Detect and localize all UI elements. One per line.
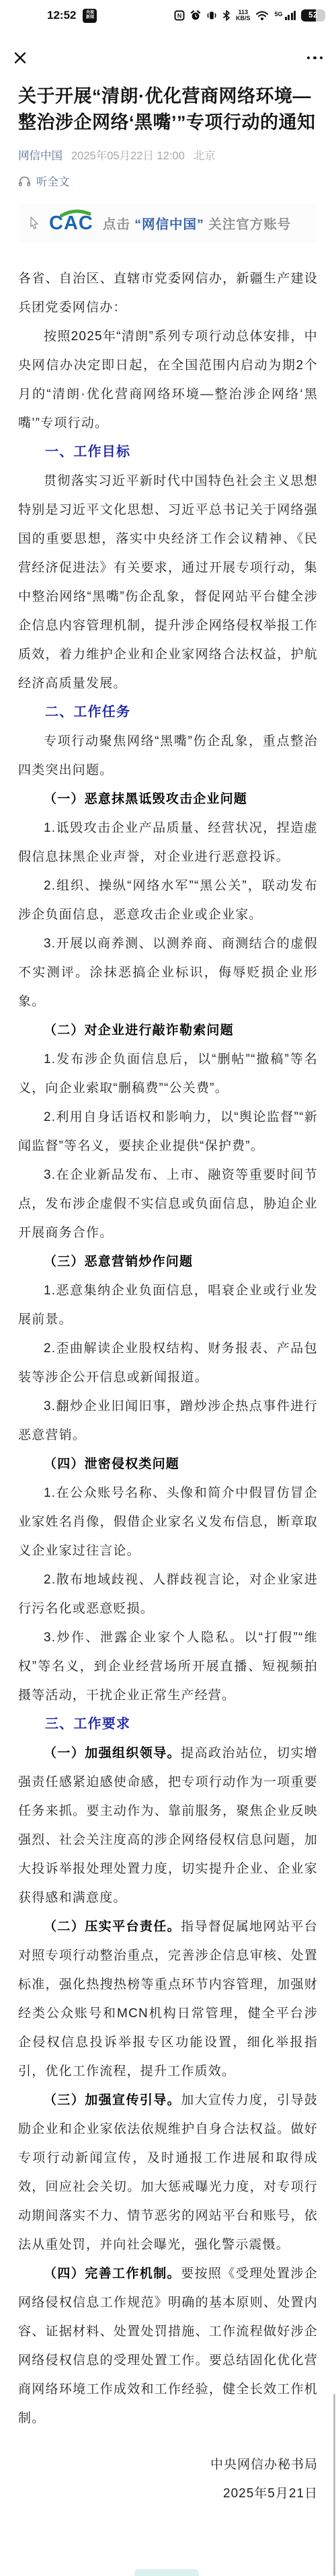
listen-button[interactable]: 听全文 [18, 173, 318, 189]
section-heading: 二、工作任务 [18, 698, 318, 727]
paragraph: （三）加强宣传引导。加大宣传力度，引导鼓励企业和企业家依法依规维护自身合法权益。… [18, 2086, 318, 2259]
paragraph: 2.歪曲解读企业股权结构、财务报表、产品包装等涉企公开信息或新闻报道。 [18, 1334, 318, 1392]
paragraph: 3.炒作、泄露企业家个人隐私。以“打假”“维权”等名义，到企业经营场所开展直播、… [18, 1623, 318, 1710]
paragraph-lead: （三）加强宣传引导。 [44, 2093, 181, 2107]
status-bar: 12:52 央视新闻 N 113KB/S 5G [0, 0, 336, 31]
follow-banner[interactable]: CAC 点击 “网信中国” 关注官方账号 [18, 204, 318, 243]
paragraph: （四）完善工作机制。要按照《受理处置涉企网络侵权信息工作规范》明确的基本原则、处… [18, 2259, 318, 2433]
battery-percent: 52 [301, 9, 325, 22]
battery-icon: 52 [301, 9, 325, 22]
signature: 中央网信办秘书局 [18, 2450, 318, 2479]
paragraph: 贯彻落实习近平新时代中国特色社会主义思想特别是习近平文化思想、习近平总书记关于网… [18, 467, 318, 698]
paragraph: （二）压实平台责任。指导督促属地网站平台对照专项行动整治重点，完善涉企信息审核、… [18, 1912, 318, 2086]
sub-heading: （三）恶意营销炒作问题 [18, 1247, 318, 1276]
section-heading: 三、工作要求 [18, 1710, 318, 1739]
publish-date: 2025年05月22日 12:00 [71, 147, 185, 163]
network-speed: 113KB/S [236, 9, 251, 22]
close-icon [13, 51, 27, 65]
vibrate-icon [206, 10, 217, 21]
paragraph: 2.利用自身话语权和影响力，以“舆论监督”“新闻监督”等名义，要挟企业提供“保护… [18, 1103, 318, 1161]
article-title: 关于开展“清朗·优化营商网络环境—整治涉企网络‘黑嘴’”专项行动的通知 [18, 83, 318, 136]
headphone-icon [18, 175, 31, 187]
signal-icon: 5G [274, 11, 296, 20]
more-button[interactable] [307, 56, 323, 60]
paragraph: 1.诋毁攻击企业产品质量、经营状况，捏造虚假信息抹黑企业声誉，对企业进行恶意投诉… [18, 814, 318, 871]
phone-screen: 12:52 央视新闻 N 113KB/S 5G [0, 0, 336, 2576]
cursor-icon [29, 217, 40, 230]
scrollbar-thumb[interactable] [333, 2394, 336, 2576]
publish-location: 北京 [194, 147, 216, 163]
source-account-link[interactable]: 网信中国 [18, 147, 62, 163]
section-heading: 一、工作目标 [18, 438, 318, 467]
svg-text:N: N [177, 13, 182, 19]
paragraph: 1.在公众账号名称、头像和简介中假冒仿冒企业家姓名肖像，假借企业家名义发布信息，… [18, 1479, 318, 1565]
sub-heading: （四）泄密侵权类问题 [18, 1450, 318, 1479]
paragraph: 专项行动聚焦网络“黑嘴”伤企乱象，重点整治四类突出问题。 [18, 727, 318, 785]
alarm-icon [190, 10, 201, 21]
article-body: 各省、自治区、直辖市党委网信办，新疆生产建设兵团党委网信办：按照2025年“清朗… [18, 264, 318, 2433]
close-button[interactable] [13, 51, 27, 65]
paragraph: 按照2025年“清朗”系列专项行动总体安排，中央网信办决定即日起，在全国范围内启… [18, 322, 318, 438]
paragraph-lead: （四）完善工作机制。 [44, 2267, 181, 2281]
paragraph: （一）加强组织领导。提高政治站位，切实增强责任感紧迫感使命感，把专项行动作为一项… [18, 1739, 318, 1912]
banner-highlight: “网信中国” [134, 217, 204, 232]
clock-time: 12:52 [47, 9, 76, 22]
sub-heading: （二）对企业进行敲诈勒索问题 [18, 1016, 318, 1045]
banner-text: 点击 “网信中国” 关注官方账号 [103, 214, 291, 233]
wifi-icon [255, 10, 269, 21]
paragraph: 各省、自治区、直辖市党委网信办，新疆生产建设兵团党委网信办： [18, 264, 318, 322]
listen-label: 听全文 [36, 173, 70, 189]
paragraph: 1.恶意集纳企业负面信息，唱衰企业或行业发展前景。 [18, 1276, 318, 1334]
paragraph-lead: （一）加强组织领导。 [44, 1746, 181, 1760]
byline: 网信中国 2025年05月22日 12:00 北京 [18, 147, 318, 163]
bluetooth-icon [222, 10, 230, 21]
cac-logo: CAC [49, 212, 93, 235]
news-app-badge-icon: 央视新闻 [83, 9, 97, 23]
paragraph: 3.在企业新品发布、上市、融资等重要时间节点，发布涉企虚假不实信息或负面信息，胁… [18, 1161, 318, 1247]
signature-date: 2025年5月21日 [18, 2479, 318, 2508]
sub-heading: （一）恶意抹黑诋毁攻击企业问题 [18, 785, 318, 814]
paragraph: 2.组织、操纵“网络水军”“黑公关”，联动发布涉企负面信息，恶意攻击企业或企业家… [18, 871, 318, 929]
nfc-icon: N [174, 10, 185, 21]
paragraph: 3.开展以商养测、以测养商、商测结合的虚假不实测评。涂抹恶搞企业标识，侮辱贬损企… [18, 929, 318, 1016]
paragraph: 3.翻炒企业旧闻旧事，蹭炒涉企热点事件进行恶意营销。 [18, 1392, 318, 1450]
paragraph: 2.散布地域歧视、人群歧视言论，对企业家进行污名化或恶意贬损。 [18, 1565, 318, 1623]
paragraph-lead: （二）压实平台责任。 [44, 1920, 181, 1934]
nav-bar [0, 46, 336, 70]
next-element-peek [134, 2569, 199, 2576]
paragraph: 1.发布涉企负面信息后，以“删帖”“撤稿”等名义，向企业索取“删稿费”“公关费”… [18, 1045, 318, 1103]
